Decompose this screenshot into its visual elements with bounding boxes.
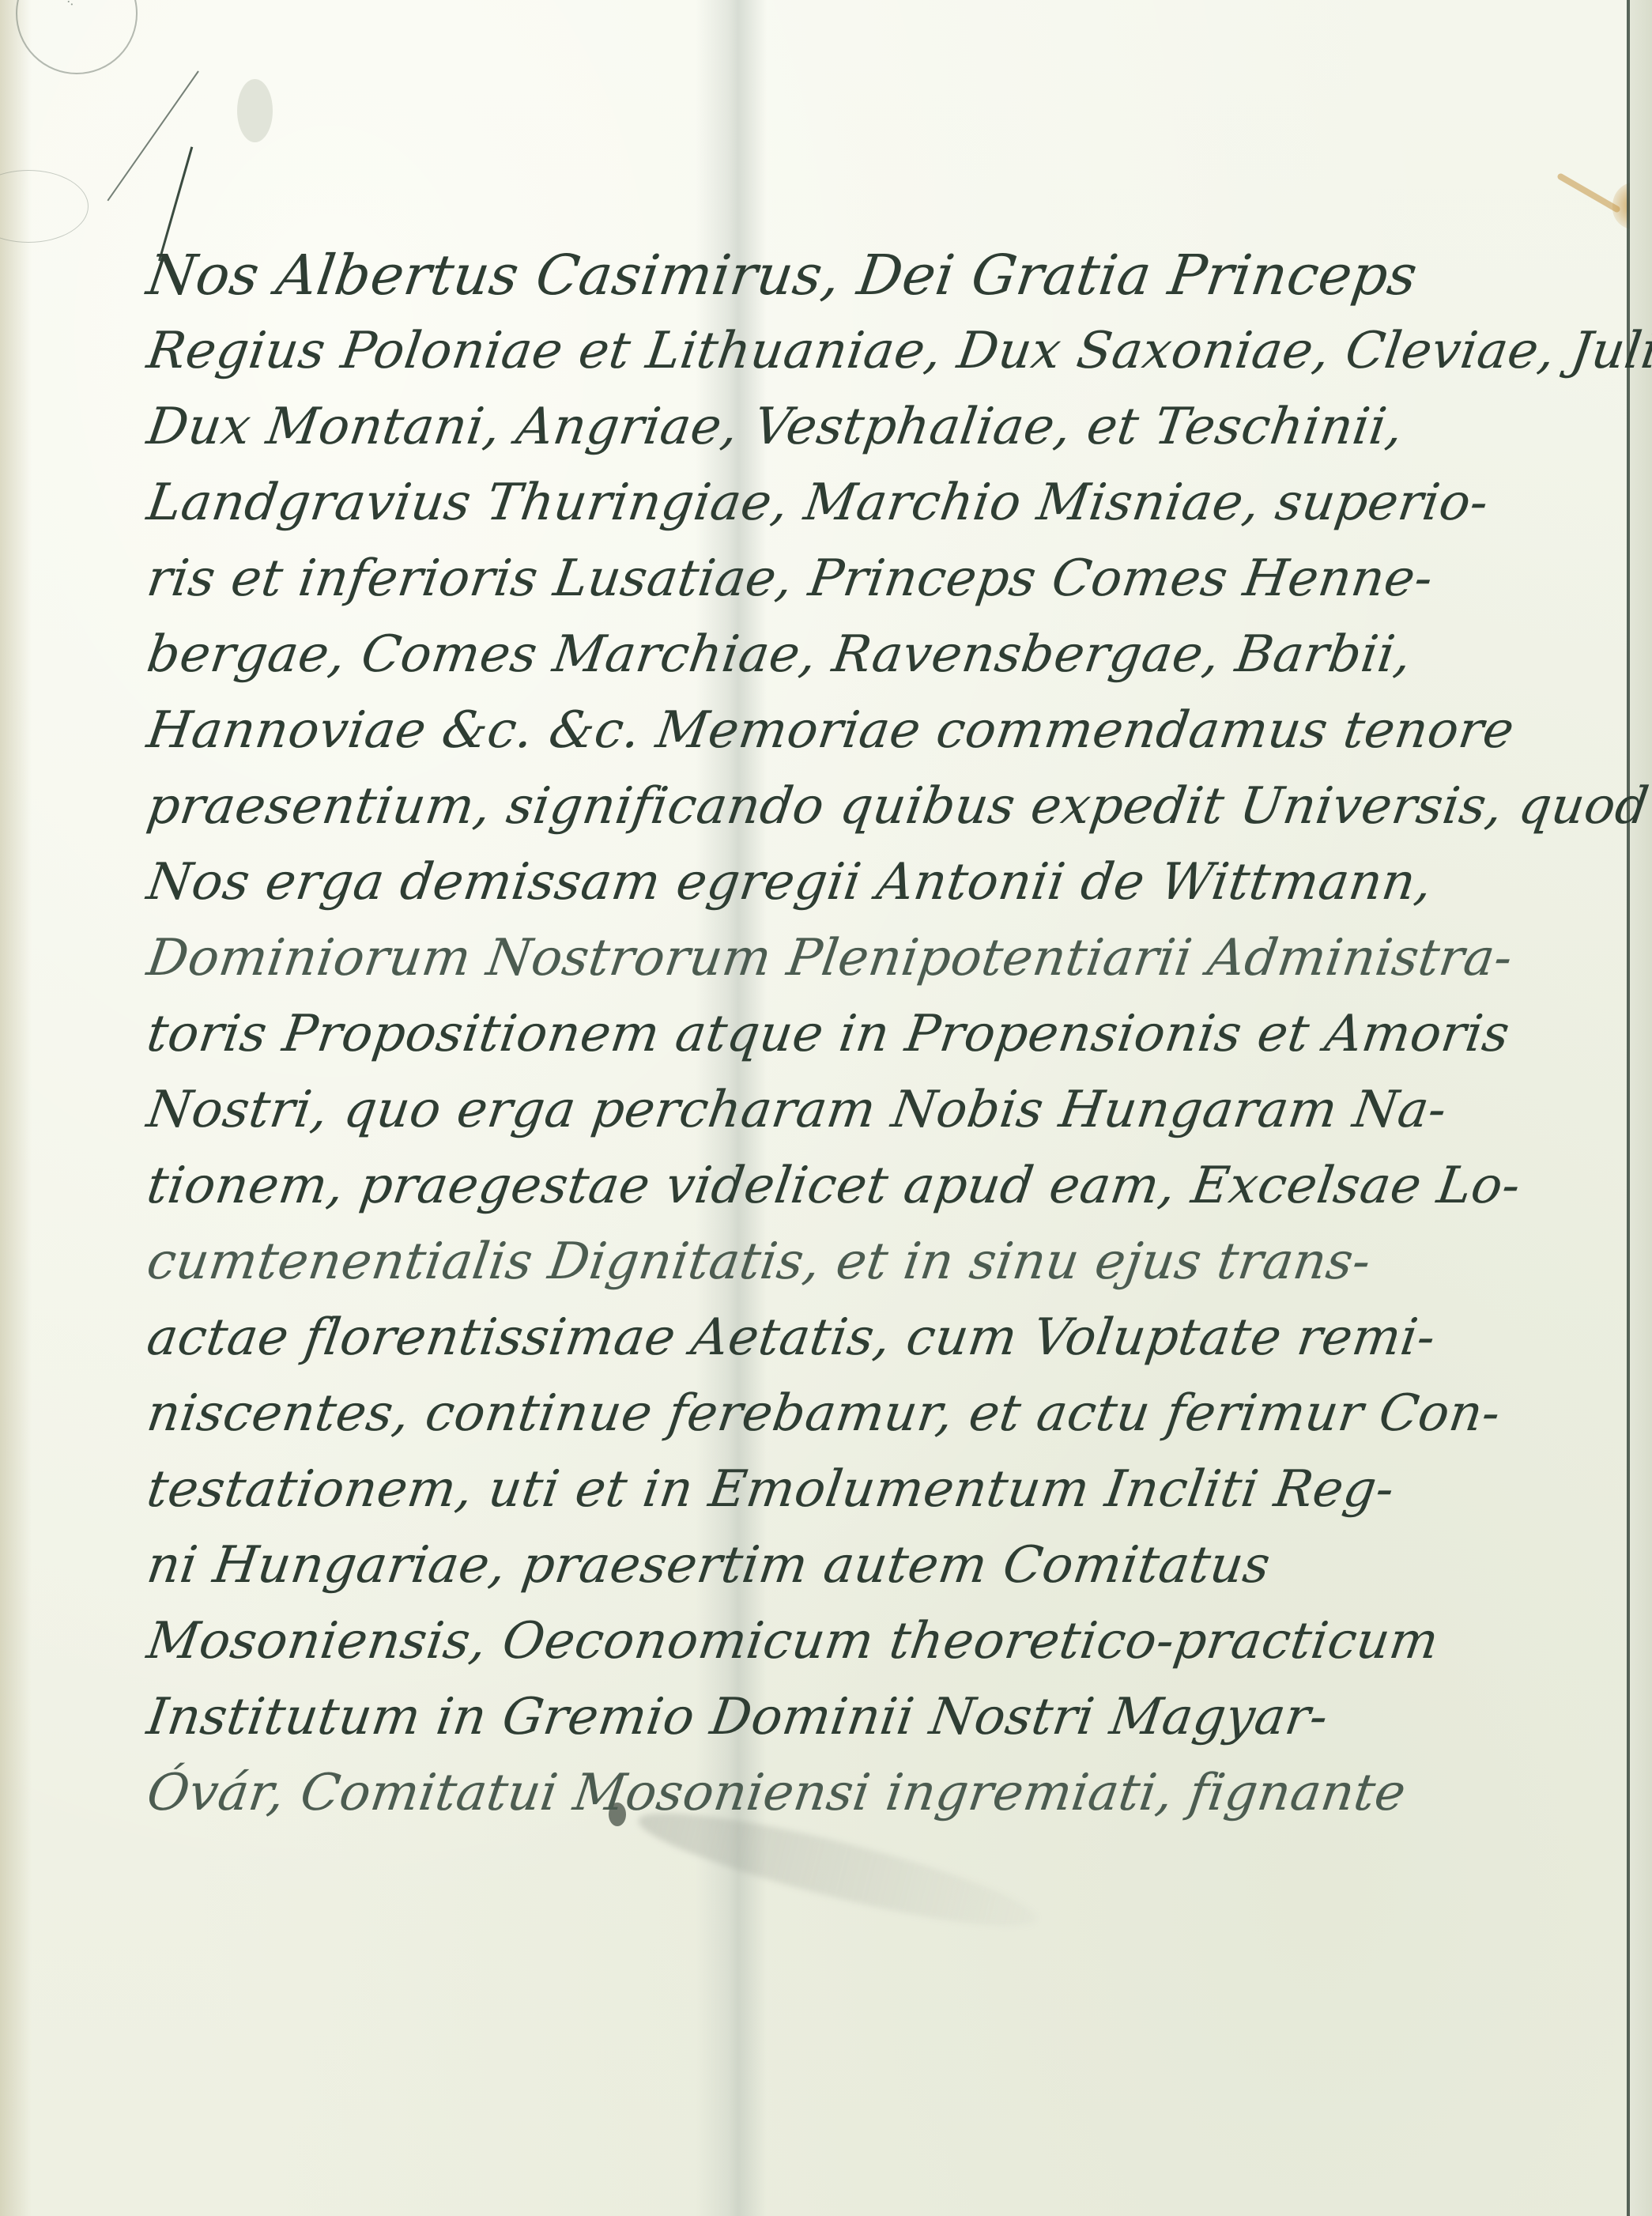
manuscript-line: Regius Poloniae et Lithuaniae, Dux Saxon… [142,313,1631,389]
manuscript-line: ni Hungariae, praesertim autem Comitatus [142,1527,1631,1603]
paper-stain [237,79,273,142]
manuscript-line: Mosoniensis, Oeconomicum theoretico-prac… [142,1603,1631,1679]
faint-stamp-outline [0,170,89,243]
manuscript-line: Landgravius Thuringiae, Marchio Misniae,… [142,465,1631,541]
manuscript-line: bergae, Comes Marchiae, Ravensbergae, Ba… [142,617,1631,693]
left-edge-shadow [0,0,32,2216]
initial-flourish-stroke [107,70,198,201]
manuscript-line: Dominiorum Nostrorum Plenipotentiarii Ad… [142,920,1631,996]
manuscript-line: Nos erga demissam egregii Antonii de Wit… [142,844,1631,920]
manuscript-text: Nos Albertus Casimirus, Dei Gratia Princ… [142,237,1620,1831]
manuscript-page: …ar… Nos Albertus Casimirus, Dei Gratia … [0,0,1652,2216]
manuscript-line: Institutum in Gremio Dominii Nostri Magy… [142,1679,1631,1755]
manuscript-line: cumtenentialis Dignitatis, et in sinu ej… [142,1224,1631,1300]
manuscript-line: testationem, uti et in Emolumentum Incli… [142,1452,1631,1527]
archive-stamp: …ar… [16,0,138,74]
manuscript-line: Nos Albertus Casimirus, Dei Gratia Princ… [142,237,1631,313]
stamp-text: …ar… [38,0,82,9]
manuscript-line: toris Propositionem atque in Propensioni… [142,996,1631,1072]
manuscript-line: tionem, praegestae videlicet apud eam, E… [142,1148,1631,1224]
manuscript-line: actae florentissimae Aetatis, cum Volupt… [142,1300,1631,1376]
manuscript-line: ris et inferioris Lusatiae, Princeps Com… [142,541,1631,617]
manuscript-line: Nostri, quo erga percharam Nobis Hungara… [142,1072,1631,1148]
manuscript-line: niscentes, continue ferebamur, et actu f… [142,1376,1631,1452]
manuscript-line: Hannoviae &c. &c. Memoriae commendamus t… [142,693,1631,768]
manuscript-line: Óvár, Comitatui Mosoniensi ingremiati, f… [142,1755,1631,1831]
manuscript-line: Dux Montani, Angriae, Vestphaliae, et Te… [142,389,1631,465]
manuscript-line: praesentium, significando quibus expedit… [142,768,1631,844]
gold-stain-streak [1556,172,1621,213]
